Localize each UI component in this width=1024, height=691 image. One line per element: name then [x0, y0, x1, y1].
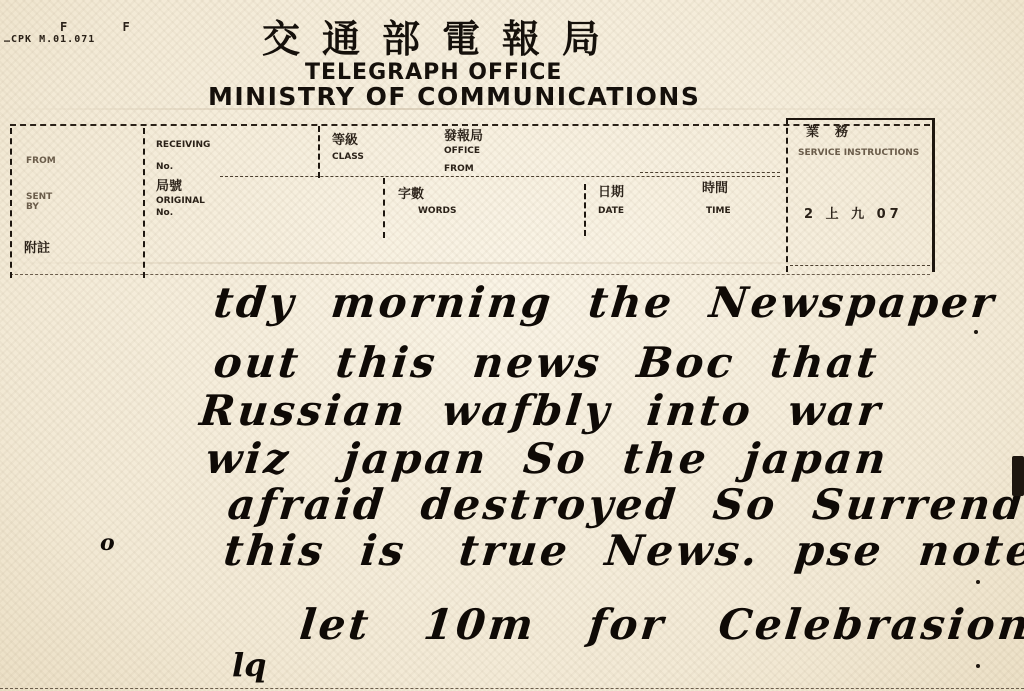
words-label-cn: 字數	[398, 188, 424, 202]
class-label: CLASS	[332, 152, 364, 162]
time-label: TIME	[706, 206, 731, 216]
form-divider	[584, 184, 588, 236]
service-instructions-label: SERVICE INSTRUCTIONS	[798, 148, 919, 158]
original-no-label: No.	[156, 208, 173, 218]
ink-speck	[976, 664, 980, 668]
time-label-cn: 時間	[702, 182, 728, 196]
message-line: this is true News. pse note	[221, 526, 1024, 575]
remarks-label-cn: 附註	[24, 242, 50, 256]
form-divider	[383, 178, 387, 238]
serial-label-cn: 局號	[156, 180, 182, 194]
original-label: ORIGINAL	[156, 196, 205, 206]
date-label: DATE	[598, 206, 624, 216]
receiving-label: RECEIVING	[156, 140, 210, 150]
margin-mark: o	[100, 530, 115, 556]
form-left-border	[10, 128, 14, 278]
service-label-cn: 業務	[806, 126, 864, 140]
from-label: FROM	[26, 156, 56, 166]
service-instructions-box	[786, 118, 935, 272]
sent-by-label: BY	[26, 202, 39, 212]
corner-reference-mark: F F …CPK M.01.071	[4, 20, 154, 45]
office-label-cn: 發報局	[444, 130, 483, 144]
form-row-divider	[790, 265, 930, 266]
form-row-divider	[640, 172, 780, 173]
sent-label: SENT	[26, 192, 52, 202]
form-row-divider	[220, 176, 780, 177]
corner-mark-top: F F	[60, 20, 154, 34]
message-line: tdy morning the Newspaper	[211, 278, 998, 327]
ink-speck	[974, 330, 978, 334]
signature-mark: lq	[232, 646, 267, 684]
class-label-cn: 等級	[332, 134, 358, 148]
date-label-cn: 日期	[598, 186, 624, 200]
bottom-rule	[0, 688, 1024, 689]
chinese-office-title: 交通部電報局	[262, 8, 622, 63]
ink-blot	[1012, 456, 1024, 496]
service-instructions-value: 2 上 九 07	[804, 208, 903, 222]
ink-speck	[976, 580, 980, 584]
office-label: OFFICE	[444, 146, 480, 156]
message-line: wiz japan So the japan	[203, 434, 891, 483]
ministry-title: MINISTRY OF COMMUNICATIONS	[208, 82, 700, 111]
message-line: out this news Boc that	[211, 338, 881, 387]
form-divider	[143, 128, 147, 278]
message-line: afraid destroyed So Surrender	[225, 480, 1024, 529]
words-label: WORDS	[418, 206, 456, 216]
corner-mark-bottom: …CPK M.01.071	[4, 34, 95, 45]
office-from-label: FROM	[444, 164, 474, 174]
receiving-no-label: No.	[156, 162, 173, 172]
message-line: let 10m for Celebrasion	[297, 600, 1024, 649]
message-line: Russian wafbly into war	[197, 386, 885, 435]
ink-speck	[976, 300, 980, 304]
form-divider	[318, 126, 322, 178]
